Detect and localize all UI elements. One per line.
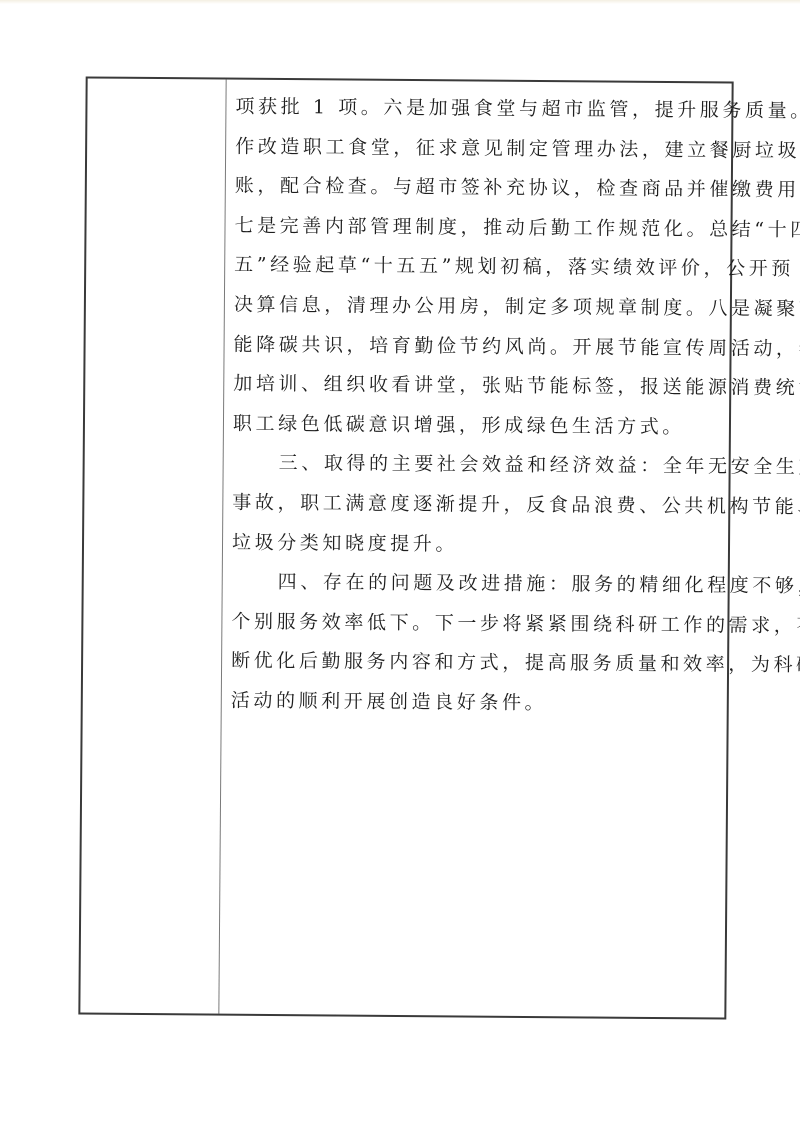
text-line: 决算信息，清理办公用房，制定多项规章制度。八是凝聚节 xyxy=(234,286,724,329)
paragraph-benefits: 三、取得的主要社会效益和经济效益：全年无安全生产 事故，职工满意度逐渐提升，反食… xyxy=(232,444,723,567)
text-line: 三、取得的主要社会效益和经济效益：全年无安全生产 xyxy=(233,444,723,487)
form-table: 项获批 1 项。六是加强食堂与超市监管，提升服务质量。合 作改造职工食堂，征求意… xyxy=(78,76,733,1019)
text-line: 七是完善内部管理制度，推动后勤工作规范化。总结“十四 xyxy=(234,206,724,249)
text-line: 断优化后勤服务内容和方式，提高服务质量和效率，为科研 xyxy=(231,642,721,685)
text-line: 活动的顺利开展创造良好条件。 xyxy=(231,682,721,725)
text-line: 个别服务效率低下。下一步将紧紧围绕科研工作的需求，不 xyxy=(231,602,721,645)
paragraph-measures: 项获批 1 项。六是加强食堂与超市监管，提升服务质量。合 作改造职工食堂，征求意… xyxy=(233,88,726,448)
paragraph-problems-improvements: 四、存在的问题及改进措施：服务的精细化程度不够， 个别服务效率低下。下一步将紧紧… xyxy=(231,563,722,725)
text-line: 加培训、组织收看讲堂，张贴节能标签，报送能源消费统计。 xyxy=(233,365,723,408)
text-line: 事故，职工满意度逐渐提升，反食品浪费、公共机构节能、 xyxy=(232,484,722,527)
text-line: 四、存在的问题及改进措施：服务的精细化程度不够， xyxy=(232,563,722,606)
text-line: 五”经验起草“十五五”规划初稿，落实绩效评价，公开预 xyxy=(234,246,724,289)
scan-top-edge xyxy=(0,0,800,4)
text-line: 账，配合检查。与超市签补充协议，检查商品并催缴费用。 xyxy=(235,167,725,210)
text-line: 垃圾分类知晓度提升。 xyxy=(232,523,722,566)
right-cell-content: 项获批 1 项。六是加强食堂与超市监管，提升服务质量。合 作改造职工食堂，征求意… xyxy=(231,88,726,725)
text-line: 能降碳共识，培育勤俭节约风尚。开展节能宣传周活动，参 xyxy=(233,325,723,368)
text-line: 作改造职工食堂，征求意见制定管理办法，建立餐厨垃圾台 xyxy=(235,127,725,170)
text-line: 项获批 1 项。六是加强食堂与超市监管，提升服务质量。合 xyxy=(235,88,725,131)
column-divider xyxy=(218,80,226,1014)
text-line: 职工绿色低碳意识增强，形成绿色生活方式。 xyxy=(233,404,723,447)
